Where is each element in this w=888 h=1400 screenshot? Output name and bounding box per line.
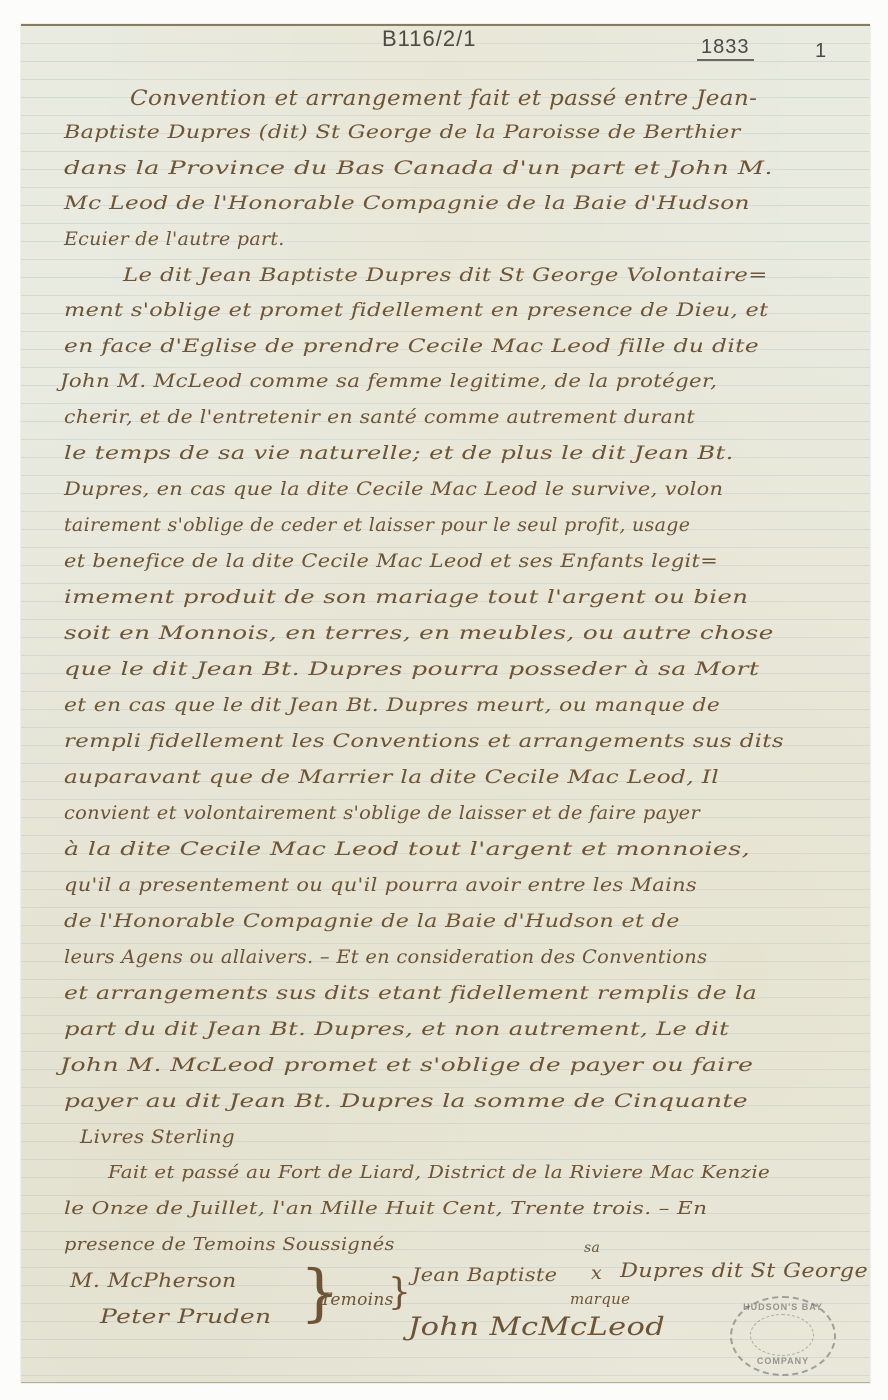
text-line-25: leurs Agens ou allaivers. – Et en consid… xyxy=(64,946,707,968)
text-line-17: que le dit Jean Bt. Dupres pourra possed… xyxy=(64,658,759,680)
text-line-29: payer au dit Jean Bt. Dupres la somme de… xyxy=(64,1090,748,1112)
archive-reference: B116/2/1 xyxy=(382,26,476,52)
stamp-inner-ring xyxy=(750,1314,814,1356)
text-line-14: et benefice de la dite Cecile Mac Leod e… xyxy=(64,550,718,572)
text-line-23: qu'il a presentement ou qu'il pourra avo… xyxy=(64,874,697,896)
groom-first-name: Jean Baptiste xyxy=(412,1264,557,1286)
text-line-20: auparavant que de Marrier la dite Cecile… xyxy=(64,766,719,788)
text-line-8: en face d'Eglise de prendre Cecile Mac L… xyxy=(64,335,759,357)
witness-signature-2: Peter Pruden xyxy=(100,1304,272,1328)
text-line-7: ment s'oblige et promet fidellement en p… xyxy=(64,299,769,321)
stamp-bottom-text: COMPANY xyxy=(732,1356,834,1366)
text-line-33: presence de Temoins Soussignés xyxy=(64,1234,395,1255)
text-line-28: John M. McLeod promet et s'oblige de pay… xyxy=(60,1054,753,1076)
text-line-16: soit en Monnois, en terres, en meubles, … xyxy=(64,622,774,644)
witness-signature-1: M. McPherson xyxy=(70,1268,237,1292)
text-line-32: le Onze de Juillet, l'an Mille Huit Cent… xyxy=(64,1198,707,1219)
groom-surname: Dupres dit St George xyxy=(620,1258,868,1282)
text-line-2: Baptiste Dupres (dit) St George de la Pa… xyxy=(64,121,741,143)
text-line-11: le temps de sa vie naturelle; et de plus… xyxy=(64,442,734,464)
year-annotation: 1833 xyxy=(697,36,754,59)
text-line-18: et en cas que le dit Jean Bt. Dupres meu… xyxy=(64,694,720,716)
text-line-4: Mc Leod de l'Honorable Compagnie de la B… xyxy=(64,192,750,214)
father-signature: John McMcLeod xyxy=(408,1312,665,1341)
text-line-30: Livres Sterling xyxy=(80,1126,235,1148)
text-line-1: Convention et arrangement fait et passé … xyxy=(130,86,757,110)
mark-above-label: sa xyxy=(584,1240,600,1256)
text-line-10: cherir, et de l'entretenir en santé comm… xyxy=(64,406,695,428)
text-line-6: Le dit Jean Baptiste Dupres dit St Georg… xyxy=(123,264,768,286)
mark-below-label: marque xyxy=(570,1290,630,1308)
text-line-26: et arrangements sus dits etant fidelleme… xyxy=(64,982,757,1004)
stamp-top-text: HUDSON'S BAY xyxy=(732,1302,834,1312)
year-annotation-text: 1833 xyxy=(697,36,754,61)
witness-brace-right: } xyxy=(388,1275,411,1311)
text-line-13: tairement s'oblige de ceder et laisser p… xyxy=(64,514,690,536)
text-line-9: John M. McLeod comme sa femme legitime, … xyxy=(60,370,717,392)
text-line-5: Ecuier de l'autre part. xyxy=(64,228,285,250)
text-line-27: part du dit Jean Bt. Dupres, et non autr… xyxy=(64,1018,729,1040)
text-line-31: Fait et passé au Fort de Liard, District… xyxy=(108,1162,770,1183)
text-line-12: Dupres, en cas que la dite Cecile Mac Le… xyxy=(64,478,723,500)
hudsons-bay-company-stamp: HUDSON'S BAY COMPANY xyxy=(730,1296,836,1376)
text-line-15: imement produit de son mariage tout l'ar… xyxy=(64,586,748,608)
witness-label: Temoins xyxy=(320,1290,394,1310)
text-line-19: rempli fidellement les Conventions et ar… xyxy=(64,730,784,752)
page-number: 1 xyxy=(815,40,827,63)
text-line-3: dans la Province du Bas Canada d'un part… xyxy=(64,157,773,179)
groom-mark: x xyxy=(591,1262,602,1284)
text-line-22: à la dite Cecile Mac Leod tout l'argent … xyxy=(64,838,750,860)
text-line-21: convient et volontairement s'oblige de l… xyxy=(64,802,700,824)
text-line-24: de l'Honorable Compagnie de la Baie d'Hu… xyxy=(64,910,680,932)
